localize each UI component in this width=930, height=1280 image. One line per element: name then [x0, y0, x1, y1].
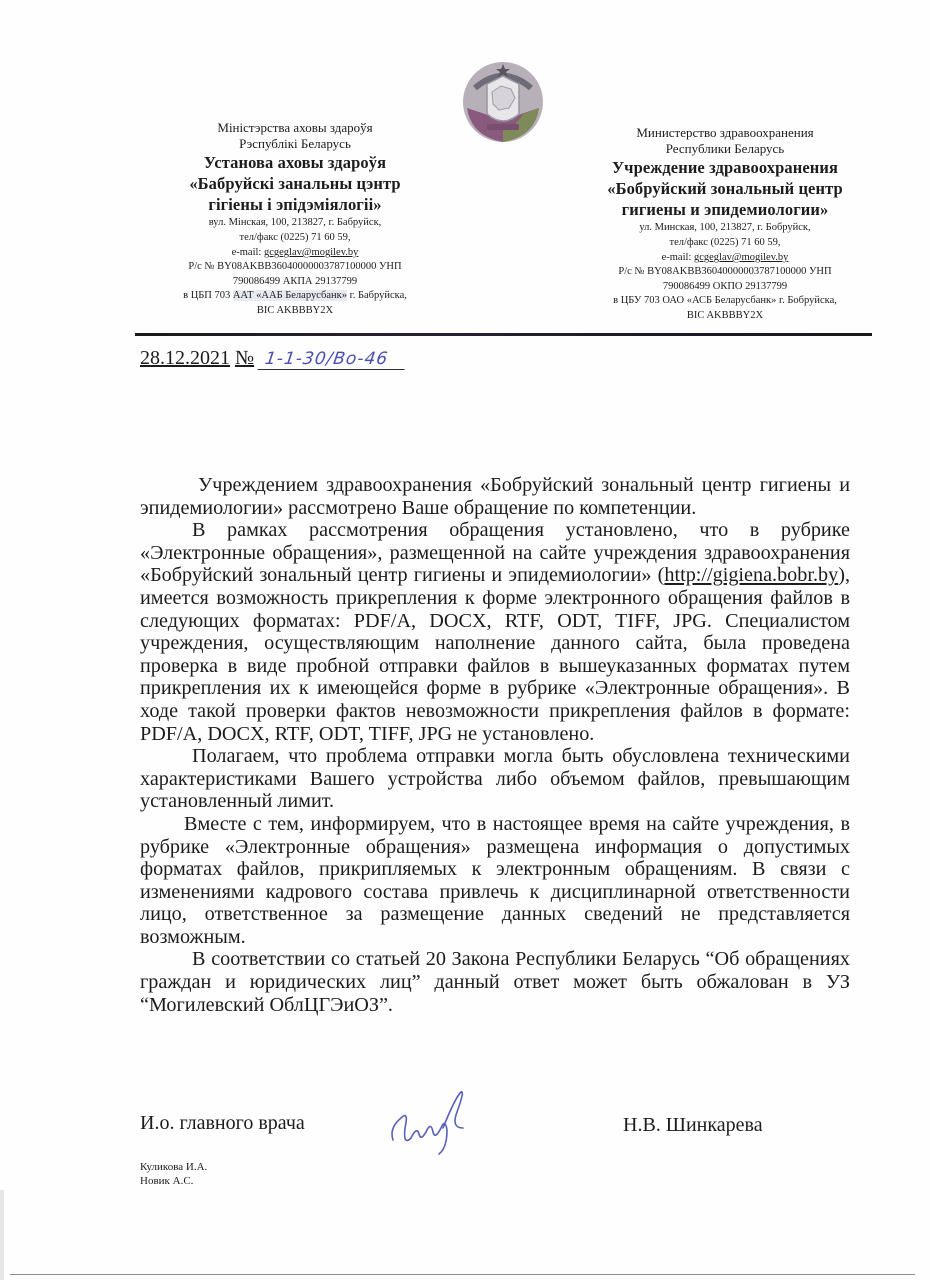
- paragraph-3: Полагаем, что проблема отправки могла бы…: [140, 745, 850, 813]
- letter-date: 28.12.2021: [140, 347, 230, 369]
- email-line: e-mail: gcgeglav@mogilev.by: [565, 250, 885, 265]
- bank-line: в ЦБУ 703 ОАО «АСБ Беларусбанк» г. Бобру…: [565, 294, 885, 309]
- org-name-line1: Установа аховы здароўя: [140, 152, 450, 173]
- address: вул. Мінская, 100, 213827, г. Бабруйск,: [140, 215, 450, 230]
- bank-account-line2: 790086499 АКПА 29137799: [140, 275, 450, 290]
- letter-body: Учреждением здравоохранения «Бобруйский …: [140, 474, 850, 1016]
- bank-line: в ЦБП 703 ААТ «ААБ Беларусбанк» г. Бабру…: [140, 289, 450, 304]
- bank-account-line1: Р/с № BY08AKBB36040000003787100000 УНП: [140, 260, 450, 275]
- executor-name: Новик А.С.: [140, 1174, 207, 1188]
- executor-name: Куликова И.А.: [140, 1160, 207, 1174]
- org-name-line1: Учреждение здравоохранения: [565, 157, 885, 178]
- paragraph-2: В рамках рассмотрения обращения установл…: [140, 519, 850, 745]
- ministry-name-line2: Республики Беларусь: [565, 141, 885, 157]
- coat-of-arms-emblem-icon: [459, 58, 547, 146]
- email-label: e-mail:: [662, 252, 694, 263]
- ministry-name-line2: Рэспублікі Беларусь: [140, 136, 450, 152]
- org-name-line3: гігіены і эпідэміялогіі»: [140, 194, 450, 215]
- number-label: №: [235, 347, 254, 369]
- email-link[interactable]: gcgeglav@mogilev.by: [264, 247, 358, 258]
- org-name-line2: «Бобруйский зональный центр: [565, 178, 885, 199]
- org-name-line2: «Бабруйскі занальны цэнтр: [140, 173, 450, 194]
- bank-account-line1: Р/с № BY08AKBB36040000003787100000 УНП: [565, 265, 885, 280]
- bank-account-line2: 790086499 ОКПО 29137799: [565, 280, 885, 295]
- scan-edge-shadow: [0, 1190, 4, 1280]
- email-link[interactable]: gcgeglav@mogilev.by: [694, 252, 788, 263]
- bic-code: BIC AKBBBY2X: [140, 304, 450, 319]
- signatory-name: Н.В. Шинкарева: [623, 1114, 763, 1137]
- letterhead-divider: [135, 333, 872, 336]
- address: ул. Минская, 100, 213827, г. Бобруйск,: [565, 220, 885, 235]
- bic-code: BIC AKBBBY2X: [565, 309, 885, 324]
- letterhead-russian: Министерство здравоохранения Республики …: [565, 125, 885, 323]
- paragraph-4: Вместе с тем, информируем, что в настоящ…: [140, 813, 850, 949]
- ministry-name-line1: Министерство здравоохранения: [565, 125, 885, 141]
- signatory-title: И.о. главного врача: [140, 1112, 305, 1135]
- paragraph-2-text-b: ), имеется возможность прикрепления к фо…: [140, 564, 850, 744]
- letterhead-belarusian: Міністэрства аховы здароўя Рэспублікі Бе…: [140, 120, 450, 318]
- paragraph-5: В соответствии со статьей 20 Закона Респ…: [140, 948, 850, 1016]
- phone-fax: тел/факс (0225) 71 60 59,: [140, 230, 450, 245]
- email-label: e-mail:: [232, 247, 264, 258]
- handwritten-signature-icon: [385, 1088, 475, 1158]
- scan-bottom-edge: [10, 1274, 915, 1275]
- paragraph-1: Учреждением здравоохранения «Бобруйский …: [140, 474, 850, 519]
- bank-prefix: в ЦБП 703: [183, 290, 233, 301]
- registration-number-handwritten: 1-1-30/Во-46: [258, 349, 408, 370]
- registration-line: 28.12.2021 № 1-1-30/Во-46: [140, 347, 406, 370]
- org-name-line3: гигиены и эпидемиологии»: [565, 199, 885, 220]
- bank-suffix: г. Бабруйска,: [347, 290, 407, 301]
- executors-list: Куликова И.А. Новик А.С.: [140, 1160, 207, 1188]
- ministry-name-line1: Міністэрства аховы здароўя: [140, 120, 450, 136]
- phone-fax: тел/факс (0225) 71 60 59,: [565, 235, 885, 250]
- bank-name: ААТ «ААБ Беларусбанк»: [233, 290, 347, 301]
- email-line: e-mail: gcgeglav@mogilev.by: [140, 245, 450, 260]
- website-link[interactable]: http://gigiena.bobr.by: [664, 564, 838, 586]
